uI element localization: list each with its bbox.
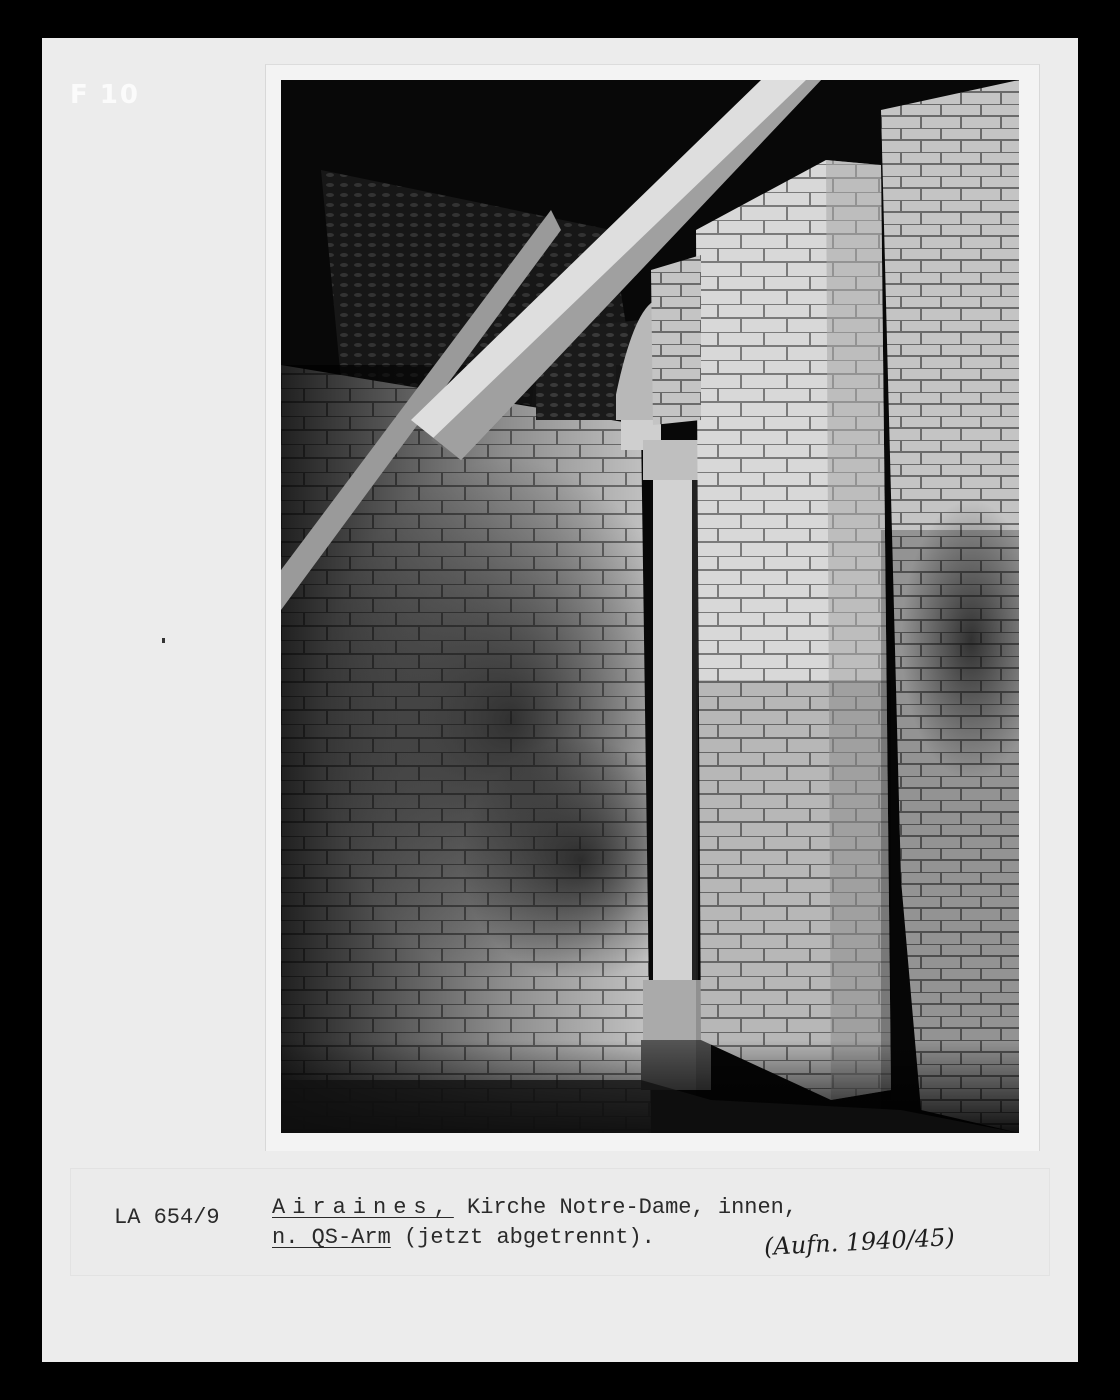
caption-line-1: Airaines, Kirche Notre-Dame, innen, [272,1195,797,1220]
church-interior-photo-icon [281,80,1019,1133]
inventory-number: LA 654/9 [114,1205,220,1230]
caption-transept: n. QS-Arm [272,1225,391,1250]
caption-place: Airaines, [272,1195,454,1220]
archive-mark: F10 [70,80,140,110]
caption-line-2: n. QS-Arm (jetzt abgetrennt). [272,1225,655,1250]
caption-line-1-rest: Kirche Notre-Dame, innen, [454,1195,797,1220]
dust-speck [162,638,165,643]
archive-mark-number: 10 [100,80,140,110]
caption-line-2-rest: (jetzt abgetrennt). [391,1225,655,1250]
photograph [281,80,1019,1133]
archive-mark-letter: F [70,80,90,110]
